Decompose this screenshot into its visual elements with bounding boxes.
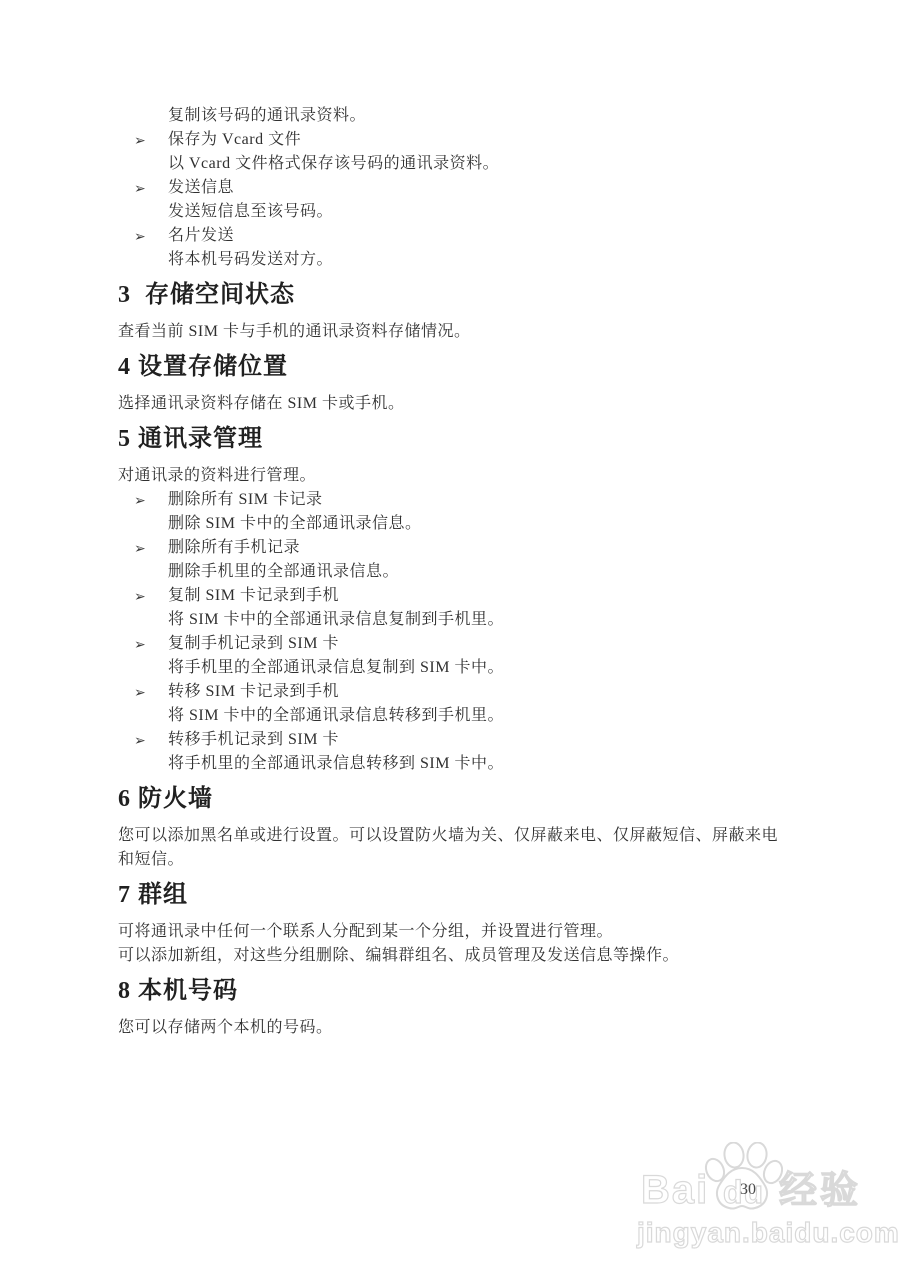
section-heading: 4 设置存储位置 — [118, 350, 790, 384]
paragraph: 您可以存储两个本机的号码。 — [118, 1016, 790, 1040]
watermark-brand-bai: Bai — [641, 1170, 709, 1210]
page-number: 30 — [740, 1180, 756, 1200]
list-item-term-label: 发送信息 — [168, 179, 234, 196]
paragraph: 可将通讯录中任何一个联系人分配到某一个分组，并设置进行管理。 — [118, 920, 790, 944]
paragraph: 您可以添加黑名单或进行设置。可以设置防火墙为关、仅屏蔽来电、仅屏蔽短信、屏蔽来电… — [118, 824, 790, 872]
list-item-description: 将手机里的全部通讯录信息复制到 SIM 卡中。 — [118, 656, 790, 680]
arrow-bullet-icon: ➢ — [134, 681, 146, 705]
list-item-term-label: 复制 SIM 卡记录到手机 — [168, 587, 339, 604]
watermark-logo-row: Bai du 经验 — [633, 1142, 893, 1214]
list-item-description: 删除手机里的全部通讯录信息。 — [118, 560, 790, 584]
list-item-term: ➢转移 SIM 卡记录到手机 — [118, 680, 790, 704]
list-item-term-label: 转移手机记录到 SIM 卡 — [168, 731, 339, 748]
list-item-description: 发送短信息至该号码。 — [118, 200, 790, 224]
watermark-url: jingyan.baidu.com — [637, 1218, 893, 1248]
paragraph: 选择通讯录资料存储在 SIM 卡或手机。 — [118, 392, 790, 416]
list-item-term: ➢复制手机记录到 SIM 卡 — [118, 632, 790, 656]
section-heading: 8 本机号码 — [118, 974, 790, 1008]
section-heading: 3 存储空间状态 — [118, 278, 790, 312]
list-item-term: ➢删除所有手机记录 — [118, 536, 790, 560]
list-item-term-label: 删除所有手机记录 — [168, 539, 300, 556]
list-item-description: 将本机号码发送对方。 — [118, 248, 790, 272]
arrow-bullet-icon: ➢ — [134, 633, 146, 657]
list-item-term: ➢名片发送 — [118, 224, 790, 248]
list-item-term: ➢保存为 Vcard 文件 — [118, 128, 790, 152]
arrow-bullet-icon: ➢ — [134, 489, 146, 513]
arrow-bullet-icon: ➢ — [134, 537, 146, 561]
list-item-description: 复制该号码的通讯录资料。 — [118, 104, 790, 128]
list-item-term-label: 保存为 Vcard 文件 — [168, 131, 301, 148]
paw-icon: du — [701, 1142, 783, 1214]
watermark-brand-jingyan: 经验 — [779, 1172, 861, 1210]
list-item-term-label: 名片发送 — [168, 227, 234, 244]
list-item-description: 将手机里的全部通讯录信息转移到 SIM 卡中。 — [118, 752, 790, 776]
list-item-description: 删除 SIM 卡中的全部通讯录信息。 — [118, 512, 790, 536]
list-item-description: 将 SIM 卡中的全部通讯录信息复制到手机里。 — [118, 608, 790, 632]
paragraph: 查看当前 SIM 卡与手机的通讯录资料存储情况。 — [118, 320, 790, 344]
arrow-bullet-icon: ➢ — [134, 225, 146, 249]
arrow-bullet-icon: ➢ — [134, 177, 146, 201]
arrow-bullet-icon: ➢ — [134, 585, 146, 609]
section-heading: 7 群组 — [118, 878, 790, 912]
arrow-bullet-icon: ➢ — [134, 729, 146, 753]
document-content: 复制该号码的通讯录资料。➢保存为 Vcard 文件以 Vcard 文件格式保存该… — [118, 104, 790, 1040]
baidu-jingyan-watermark: Bai du 经验 jingyan.baidu.com — [633, 1142, 893, 1248]
list-item-term-label: 转移 SIM 卡记录到手机 — [168, 683, 339, 700]
list-item-description: 将 SIM 卡中的全部通讯录信息转移到手机里。 — [118, 704, 790, 728]
arrow-bullet-icon: ➢ — [134, 129, 146, 153]
list-item-term: ➢复制 SIM 卡记录到手机 — [118, 584, 790, 608]
paragraph: 可以添加新组，对这些分组删除、编辑群组名、成员管理及发送信息等操作。 — [118, 944, 790, 968]
paragraph: 对通讯录的资料进行管理。 — [118, 464, 790, 488]
list-item-term: ➢发送信息 — [118, 176, 790, 200]
list-item-term: ➢转移手机记录到 SIM 卡 — [118, 728, 790, 752]
document-page: 复制该号码的通讯录资料。➢保存为 Vcard 文件以 Vcard 文件格式保存该… — [0, 0, 904, 1280]
list-item-term: ➢删除所有 SIM 卡记录 — [118, 488, 790, 512]
section-heading: 5 通讯录管理 — [118, 422, 790, 456]
section-heading: 6 防火墙 — [118, 782, 790, 816]
list-item-term-label: 删除所有 SIM 卡记录 — [168, 491, 322, 508]
list-item-description: 以 Vcard 文件格式保存该号码的通讯录资料。 — [118, 152, 790, 176]
list-item-term-label: 复制手机记录到 SIM 卡 — [168, 635, 339, 652]
